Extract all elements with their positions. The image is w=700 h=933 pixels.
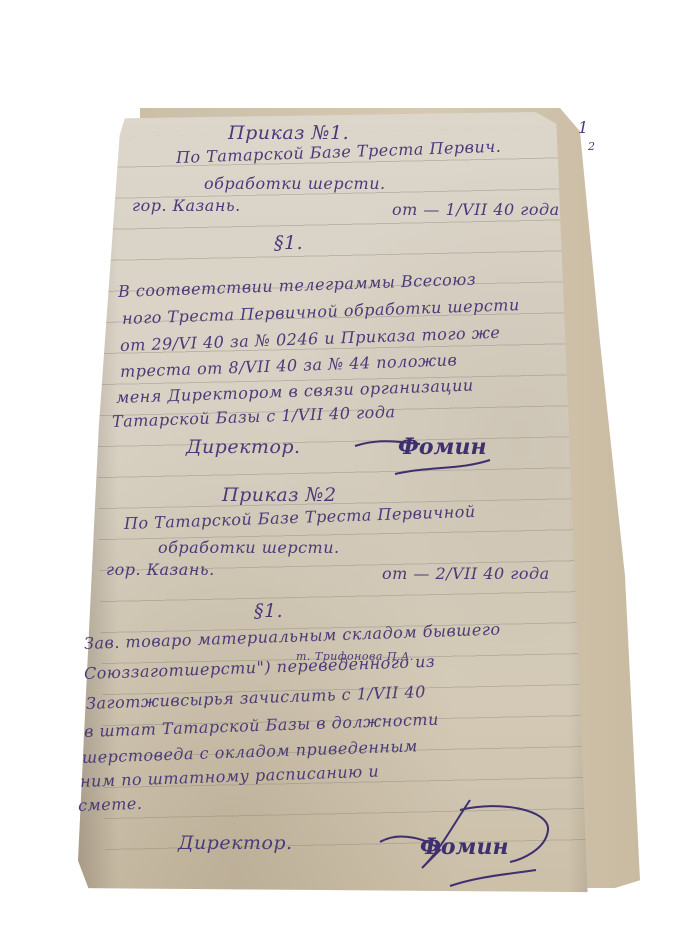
order2-section: §1. <box>254 600 283 622</box>
page-number: 1 <box>578 118 589 137</box>
order2-signature-label: Директор. <box>178 832 293 854</box>
order1-date: от — 1/VII 40 года <box>392 200 560 219</box>
order2-body-line: смете. <box>78 794 143 815</box>
document-photo: 1 2 Приказ №1. По Татарской Базе Треста … <box>0 0 700 933</box>
order2-title: Приказ №2 <box>222 484 337 506</box>
order2-place: гор. Казань. <box>106 560 215 579</box>
page-number-sub: 2 <box>588 140 596 153</box>
order2-heading-line2: обработки шерсти. <box>158 538 340 557</box>
order1-place: гор. Казань. <box>132 196 241 215</box>
signature-flourish-icon <box>350 430 500 480</box>
order1-title: Приказ №1. <box>228 122 349 144</box>
signature-flourish-icon <box>370 790 570 890</box>
order1-section: §1. <box>274 232 303 254</box>
order1-heading-line2: обработки шерсти. <box>204 174 386 193</box>
order1-signature-label: Директор. <box>186 436 301 458</box>
order2-date: от — 2/VII 40 года <box>382 564 550 583</box>
